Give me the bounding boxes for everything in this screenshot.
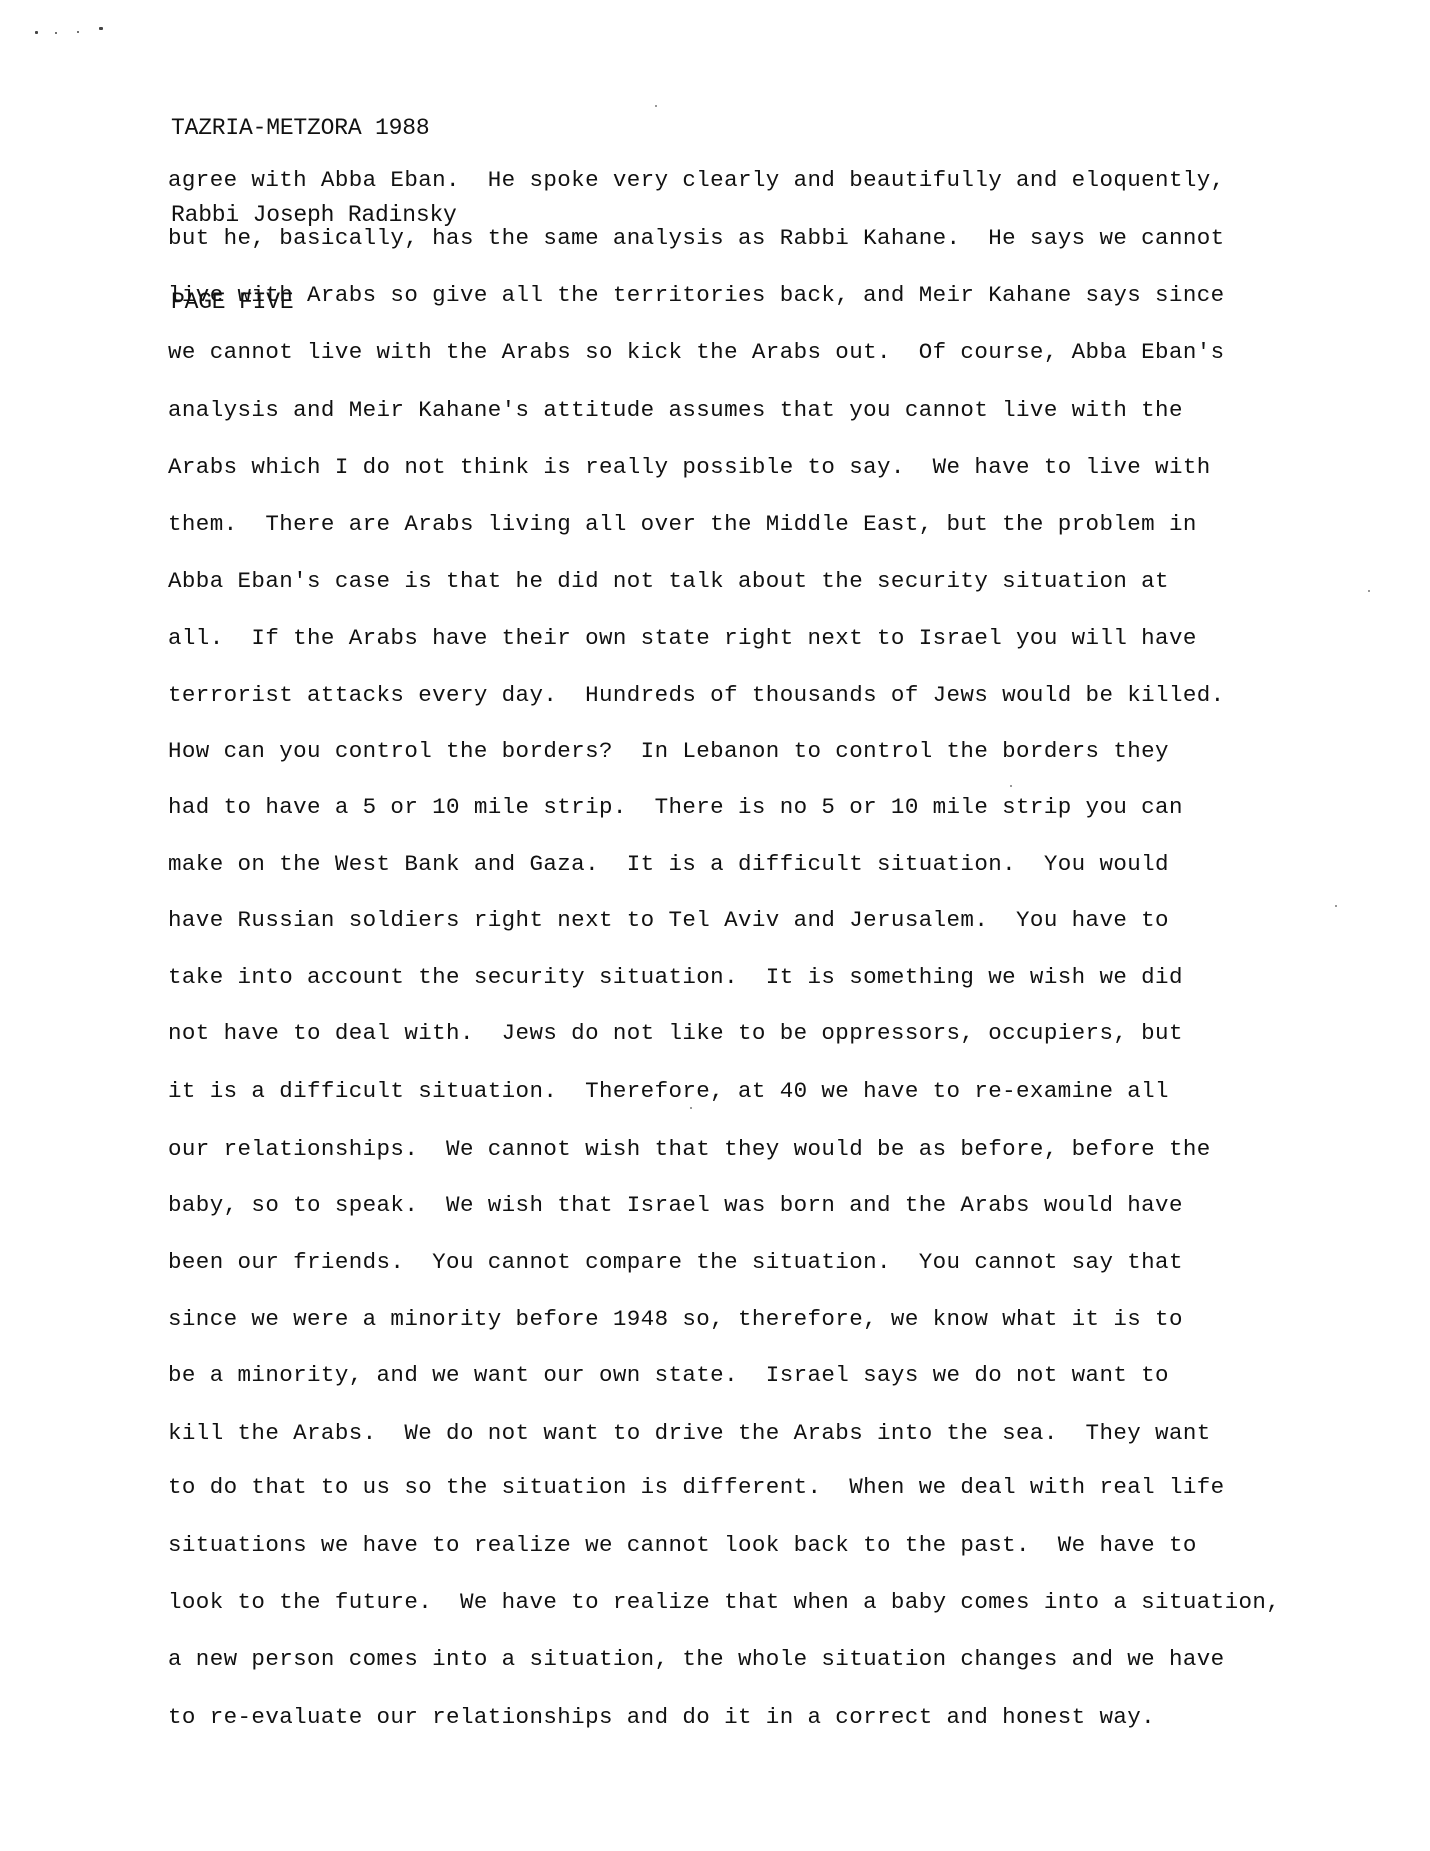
scan-dot xyxy=(1335,905,1337,907)
text-line: have Russian soldiers right next to Tel … xyxy=(168,905,1169,935)
scan-artifact-marks xyxy=(35,25,125,37)
text-line: our relationships. We cannot wish that t… xyxy=(168,1134,1211,1164)
text-line: analysis and Meir Kahane's attitude assu… xyxy=(168,395,1183,425)
text-line: baby, so to speak. We wish that Israel w… xyxy=(168,1190,1183,1220)
text-line: terrorist attacks every day. Hundreds of… xyxy=(168,680,1225,710)
text-line: it is a difficult situation. Therefore, … xyxy=(168,1076,1169,1106)
text-line: look to the future. We have to realize t… xyxy=(168,1587,1280,1617)
text-line: them. There are Arabs living all over th… xyxy=(168,509,1197,539)
text-line: agree with Abba Eban. He spoke very clea… xyxy=(168,165,1225,195)
text-line: How can you control the borders? In Leba… xyxy=(168,736,1169,766)
text-line: since we were a minority before 1948 so,… xyxy=(168,1304,1183,1334)
text-line: all. If the Arabs have their own state r… xyxy=(168,623,1197,653)
text-line: live with Arabs so give all the territor… xyxy=(168,280,1225,310)
text-line: take into account the security situation… xyxy=(168,962,1183,992)
document-title: TAZRIA-METZORA 1988 xyxy=(171,114,457,143)
text-line: been our friends. You cannot compare the… xyxy=(168,1247,1183,1277)
scan-dot xyxy=(690,1107,692,1109)
scan-dot xyxy=(1010,785,1012,787)
text-line: be a minority, and we want our own state… xyxy=(168,1360,1169,1390)
text-line: but he, basically, has the same analysis… xyxy=(168,223,1225,253)
text-line: we cannot live with the Arabs so kick th… xyxy=(168,337,1225,367)
text-line: a new person comes into a situation, the… xyxy=(168,1644,1225,1674)
text-line: make on the West Bank and Gaza. It is a … xyxy=(168,849,1169,879)
text-line: situations we have to realize we cannot … xyxy=(168,1530,1197,1560)
text-line: had to have a 5 or 10 mile strip. There … xyxy=(168,792,1183,822)
document-header: TAZRIA-METZORA 1988 Rabbi Joseph Radinsk… xyxy=(171,56,457,375)
text-line: to re-evaluate our relationships and do … xyxy=(168,1702,1155,1732)
scan-dot xyxy=(1368,590,1370,592)
text-line: Abba Eban's case is that he did not talk… xyxy=(168,566,1169,596)
text-line: Arabs which I do not think is really pos… xyxy=(168,452,1211,482)
text-line: not have to deal with. Jews do not like … xyxy=(168,1018,1183,1048)
document-page: TAZRIA-METZORA 1988 Rabbi Joseph Radinsk… xyxy=(0,0,1430,1851)
scan-dot xyxy=(655,105,657,107)
text-line: to do that to us so the situation is dif… xyxy=(168,1472,1225,1502)
text-line: kill the Arabs. We do not want to drive … xyxy=(168,1418,1211,1448)
